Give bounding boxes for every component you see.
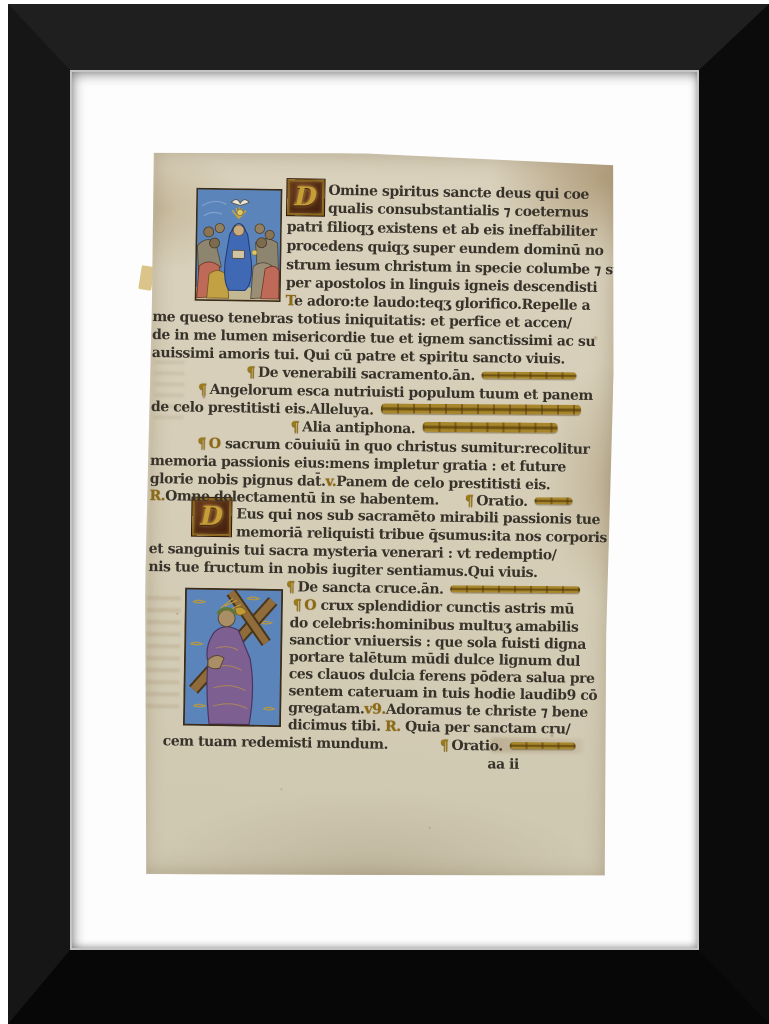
framed-manuscript-photo: D D (0, 0, 769, 1024)
latin-text: De venerabili sacramento.ān. (258, 365, 475, 384)
gold-capital: O (209, 436, 221, 452)
text-line: patri filioqʒ existens et ab eis ineffab… (287, 219, 597, 241)
gold-line-filler (381, 403, 581, 414)
latin-text: Omne delectamentū in se habentem. (165, 488, 439, 508)
latin-text: aa ii (487, 756, 519, 772)
gold-capital: R. (149, 488, 165, 504)
gold-capital: R. (385, 719, 401, 735)
gold-line-filler (451, 585, 581, 593)
gold-line-filler (482, 372, 577, 380)
latin-text: procedens quiqʒ super eundem dominū no (286, 238, 603, 259)
pilcrow-icon: ¶ (197, 436, 206, 452)
latin-text: Oratio. (476, 493, 527, 510)
latin-text: cem tuam redemisti mundum. (163, 733, 389, 753)
gold-line-filler (510, 742, 576, 749)
gold-capital: v. (325, 474, 336, 490)
latin-text: Omine spiritus sancte deus qui coe (328, 183, 589, 203)
text-line: aa ii (487, 756, 519, 773)
latin-text: qualis consubstantialis ⁊ coeternus (328, 201, 588, 221)
pilcrow-icon: ¶ (286, 579, 295, 595)
picture-frame: D D (8, 4, 769, 1024)
latin-text: Oratio. (451, 738, 502, 755)
gold-line-filler (535, 497, 573, 504)
latin-text: crux splendidior cunctis astris mū (316, 598, 574, 618)
pilcrow-icon: ¶ (465, 493, 474, 509)
gold-capital: O (304, 597, 316, 613)
gold-capital: v9. (364, 701, 386, 717)
text-line: procedens quiqʒ super eundem dominū no (286, 238, 603, 260)
latin-text: De sancta cruce.ān. (297, 579, 443, 597)
pilcrow-icon: ¶ (293, 597, 302, 613)
pilcrow-icon: ¶ (291, 419, 300, 435)
gold-line-filler (422, 422, 557, 433)
pilcrow-icon: ¶ (198, 382, 207, 398)
latin-text: Quia per sanctam cru/ (400, 719, 570, 738)
pilcrow-icon: ¶ (246, 365, 255, 381)
latin-text: Adoramus te christe ⁊ bene (386, 702, 588, 721)
latin-text: Panem de celo prestitisti eis. (336, 474, 550, 493)
latin-text: e adoro:te laudo:teqʒ glorifico.Repelle … (294, 293, 590, 314)
manuscript-page: D D (141, 150, 617, 881)
latin-text: gregatam. (288, 700, 364, 717)
latin-text: de celo prestitisti eis.Alleluya. (151, 399, 374, 418)
latin-text: dicimus tibi. (288, 717, 385, 735)
spacer (388, 749, 440, 750)
pilcrow-icon: ¶ (440, 738, 449, 754)
text-line: qualis consubstantialis ⁊ coeternus (328, 201, 588, 222)
mat-board: D D (70, 70, 699, 950)
latin-text: Alia antiphona. (302, 419, 415, 437)
latin-text: patri filioqʒ existens et ab eis ineffab… (287, 219, 597, 240)
text-block: Omine spiritus sancte deus qui coequalis… (141, 150, 617, 881)
latin-text: glorie nobis pignus dat̄. (150, 471, 326, 490)
